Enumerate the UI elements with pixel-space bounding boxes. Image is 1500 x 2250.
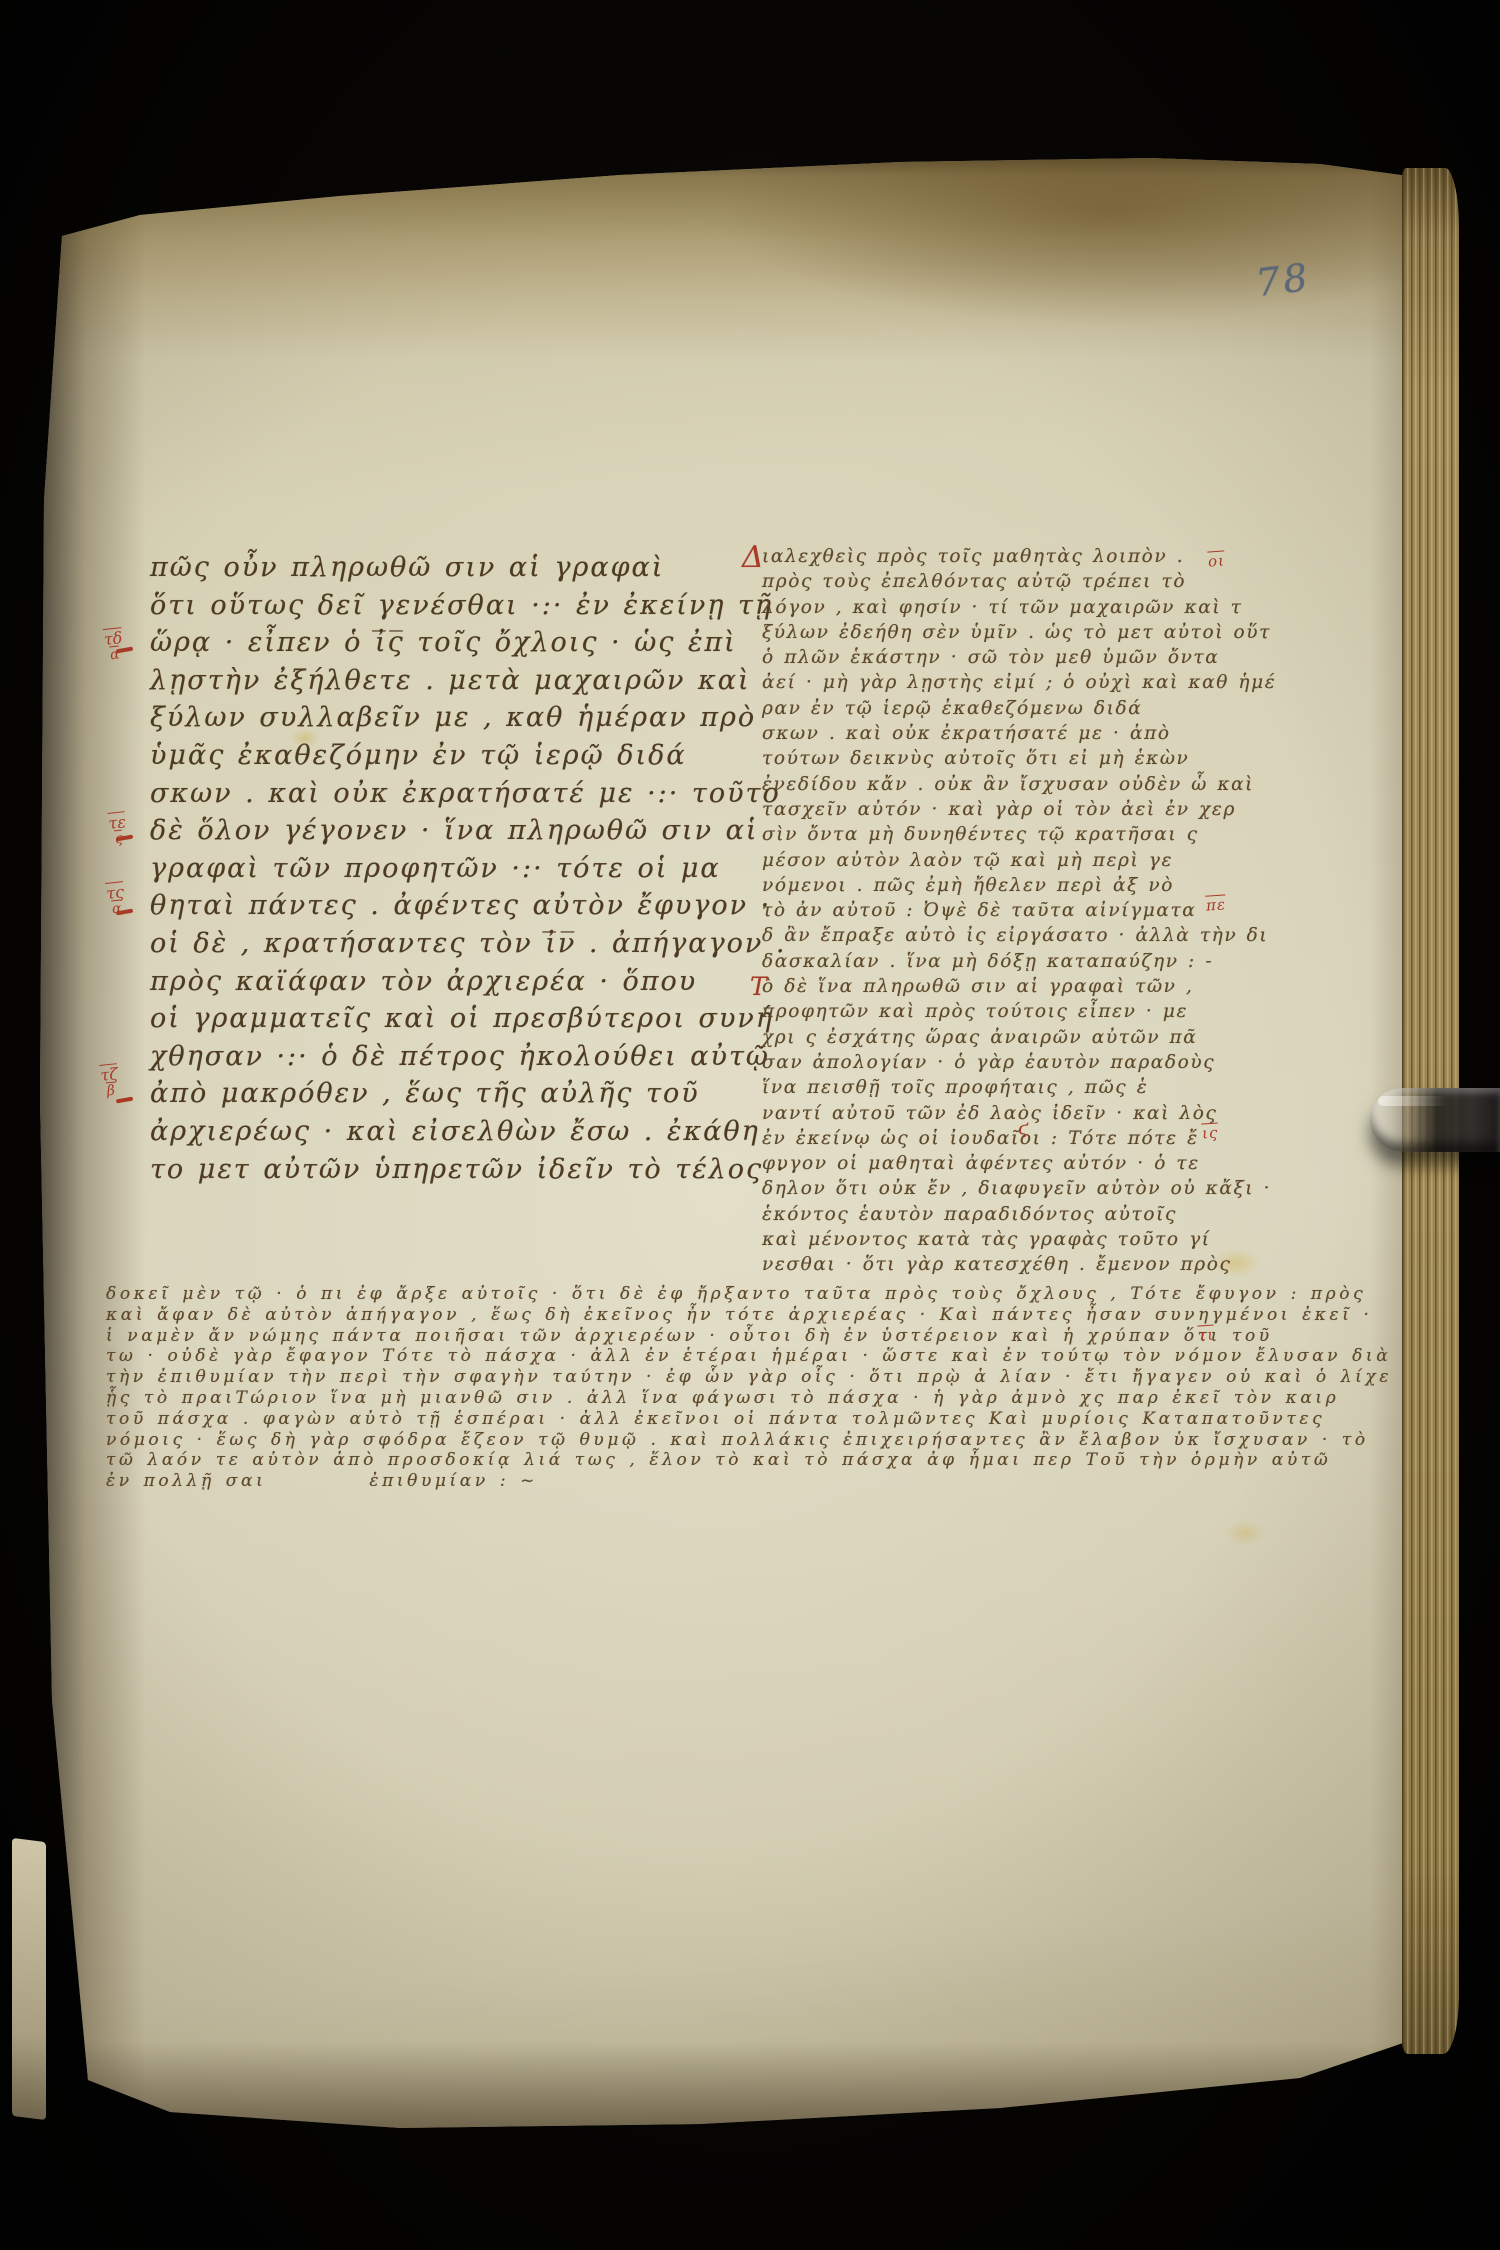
margin-reference-mark: οι [1207, 551, 1225, 570]
manuscript-text-line: ξύλων ἐδεήθη σὲν ὑμῖν . ὡς τὸ μετ αὐτοὶ … [762, 622, 1276, 647]
manuscript-text-line: ἐν πολλῇ σαι ἐπιθυμίαν : ~ [106, 1471, 1392, 1492]
manuscript-text-line: δὲ ὅλον γέγονεν · ἵνα πληρωθῶ σιν αἱ [150, 815, 786, 853]
manuscript-text-line: ὸ δὲ ἵνα πληρωθῶ σιν αἱ γραφαὶ τῶν , [762, 976, 1276, 1001]
parchment-stain [1225, 1520, 1265, 1546]
glass-page-weight [1370, 1088, 1500, 1152]
manuscript-text-line: τῶ λαόν τε αὐτὸν ἀπὸ προσδοκίᾳ λιά τως ,… [106, 1450, 1392, 1471]
manuscript-text-line: το μετ αὐτῶν ὑπηρετῶν ἰδεῖν τὸ τέλος · [150, 1154, 786, 1192]
manuscript-text-line: τοῦ πάσχα . φαγὼν αὐτὸ τῇ ἑσπέραι · ἀλλ … [106, 1409, 1392, 1430]
manuscript-text-line: δοκεῖ μὲν τῷ · ὁ πι ἐφ ἄρξε αὐτοῖς · ὅτι… [106, 1284, 1392, 1305]
manuscript-text-line: οἱ γραμματεῖς καὶ οἱ πρεσβύτεροι συνή [150, 1003, 786, 1041]
manuscript-text-line: θηταὶ πάντες . ἀφέντες αὐτὸν ἔφυγον · [150, 890, 786, 928]
manuscript-text-line: χθησαν ·:· ὁ δὲ πέτρος ἠκολούθει αὐτῷ [150, 1041, 786, 1079]
manuscript-text-line: νόμενοι . πῶς ἐμὴ ἤθελεν περὶ ἀξ νὸ [762, 875, 1276, 900]
manuscript-text-line: γραφαὶ τῶν προφητῶν ·:· τότε οἱ μα [150, 853, 786, 891]
manuscript-text-line: λόγον , καὶ φησίν · τί τῶν μαχαιρῶν καὶ … [762, 597, 1276, 622]
manuscript-text-line: ἑκόντος ἑαυτὸν παραδιδόντος αὐτοῖς [762, 1204, 1276, 1229]
section-number: τδ [103, 629, 123, 648]
rubric-initial: Δ [742, 540, 764, 575]
rubric-initial: Τ [750, 972, 767, 1001]
manuscript-text-line: τὸ ἀν αὐτοῦ : Ὀψὲ δὲ ταῦτα αἰνίγματα [762, 900, 1276, 925]
section-number: τζ [100, 1065, 119, 1084]
section-number: τς [105, 883, 124, 902]
manuscript-text-line: φυγον οἱ μαθηταὶ ἀφέντες αὐτόν · ὁ τε [762, 1153, 1276, 1178]
manuscript-text-line: ὥρᾳ · εἶπεν ὁ ἰ̅ς̅ τοῖς ὄχλοις · ὡς ἐπὶ [150, 627, 786, 665]
manuscript-text-line: ἀπὸ μακρόθεν , ἕως τῆς αὐλῆς τοῦ [150, 1078, 786, 1116]
margin-reference-mark: ις [1201, 1123, 1219, 1142]
manuscript-text-line: πρὸς καϊάφαν τὸν ἀρχιερέα · ὅπου [150, 966, 786, 1004]
manuscript-text-line: ἐνεδίδου κἄν . οὐκ ἂν ἴσχυσαν οὐδὲν ὧ κα… [762, 774, 1276, 799]
eusebian-section-mark: τε ς [98, 812, 137, 850]
manuscript-text-line: ὁ πλῶν ἑκάστην · σῶ τὸν μεθ ὑμῶν ὄντα [762, 647, 1276, 672]
margin-reference-mark: τι [1197, 1325, 1214, 1344]
manuscript-text-line: χρι ς ἐσχάτης ὥρας ἀναιρῶν αὐτῶν πᾶ [762, 1027, 1276, 1052]
manuscript-text-line: νόμοις · ἕως δὴ γὰρ σφόδρα ἔζεον τῷ θυμῷ… [106, 1430, 1392, 1451]
manuscript-text-line: σκων . καὶ οὐκ ἐκρατήσατέ με ·:· τοῦτο [150, 778, 786, 816]
manuscript-text-line: τὴν ἐπιθυμίαν τὴν περὶ τὴν σφαγὴν ταύτην… [106, 1367, 1392, 1388]
manuscript-text-line: οἱ δὲ , κρατήσαντες τὸν ἰ̅ν̅ . ἀπήγαγον … [150, 928, 786, 966]
manuscript-text-line: ραν ἐν τῷ ἱερῷ ἐκαθεζόμενω διδά [762, 698, 1276, 723]
manuscript-text-line: καὶ μένοντος κατὰ τὰς γραφὰς τοῦτο γί [762, 1229, 1276, 1254]
glass-highlight [1378, 1096, 1448, 1106]
rubric-initial: ϛ [1018, 1118, 1028, 1139]
manuscript-text-line: ιαλεχθεὶς πρὸς τοῖς μαθητὰς λοιπὸν . [762, 546, 1276, 571]
manuscript-text-line: τασχεῖν αὐτόν · καὶ γὰρ οἱ τὸν ἀεὶ ἐν χε… [762, 799, 1276, 824]
manuscript-text-line: ὑμᾶς ἐκαθεζόμην ἐν τῷ ἱερῷ διδά [150, 740, 786, 778]
manuscript-text-line: τούτων δεικνὺς αὐτοῖς ὅτι εἰ μὴ ἑκὼν [762, 748, 1276, 773]
underlying-page-edge [12, 1838, 46, 2120]
manuscript-text-line: πρὸς τοὺς ἐπελθόντας αὐτῷ τρέπει τὸ [762, 571, 1276, 596]
manuscript-text-line: τω · οὐδὲ γὰρ ἔφαγον Τότε τὸ πάσχα · ἀλλ… [106, 1346, 1392, 1367]
eusebian-section-mark: τζ β [90, 1064, 129, 1102]
manuscript-text-line: καὶ ἄφαν δὲ αὐτὸν ἀπήγαγον , ἕως δὴ ἐκεῖ… [106, 1305, 1392, 1326]
manuscript-text-line: ᾗς τὸ πραιΤώριον ἵνα μὴ μιανθῶ σιν . ἀλλ… [106, 1388, 1392, 1409]
canon-number: β [106, 1083, 116, 1101]
manuscript-text-line: ὅτι οὕτως δεῖ γενέσθαι ·:· ἐν ἐκείνῃ τῇ [150, 590, 786, 628]
manuscript-text-line: προφητῶν καὶ πρὸς τούτοις εἶπεν · με [762, 1001, 1276, 1026]
manuscript-text-line: ἀεί · μὴ γὰρ λῃστὴς εἰμί ; ὁ οὐχὶ καὶ κα… [762, 672, 1276, 697]
manuscript-text-line: λῃστὴν ἐξήλθετε . μετὰ μαχαιρῶν καὶ [150, 665, 786, 703]
manuscript-text-line: δ ἂν ἔπραξε αὐτὸ ἰς εἰργάσατο · ἀλλὰ τὴν… [762, 925, 1276, 950]
manuscript-text-line: δασκαλίαν . ἵνα μὴ δόξῃ καταπαύζην : - [762, 951, 1276, 976]
manuscript-text-line: πῶς οὖν πληρωθῶ σιν αἱ γραφαὶ [150, 552, 786, 590]
manuscript-text-line: μέσον αὐτὸν λαὸν τῷ καὶ μὴ περὶ γε [762, 850, 1276, 875]
section-number: τε [108, 813, 127, 832]
manuscript-text-line: σκων . καὶ οὐκ ἐκρατήσατέ με · ἀπὸ [762, 723, 1276, 748]
manuscript-text-line: ἵνα πεισθῇ τοῖς προφήταις , πῶς ἑ [762, 1077, 1276, 1102]
manuscript-text-line: σὶν ὄντα μὴ δυνηθέντες τῷ κρατῆσαι ς [762, 824, 1276, 849]
gospel-text-column: πῶς οὖν πληρωθῶ σιν αἱ γραφαὶὅτι οὕτως δ… [150, 552, 786, 1191]
manuscript-text-line: νεσθαι · ὅτι γὰρ κατεσχέθη . ἔμενον πρὸς [762, 1254, 1276, 1279]
manuscript-text-line: ξύλων συλλαβεῖν με , καθ ἡμέραν πρὸ [150, 702, 786, 740]
footer-commentary-block: δοκεῖ μὲν τῷ · ὁ πι ἐφ ἄρξε αὐτοῖς · ὅτι… [106, 1284, 1392, 1492]
manuscript-text-line: ἀρχιερέως · καὶ εἰσελθὼν ἔσω . ἐκάθη [150, 1116, 786, 1154]
margin-reference-mark: πε [1205, 895, 1226, 914]
photo-backdrop: 78 πῶς οὖν πληρωθῶ σιν αἱ γραφαὶὅτι οὕτω… [0, 0, 1500, 2250]
manuscript-text-line: σαν ἀπολογίαν · ὁ γὰρ ἑαυτὸν παραδοὺς [762, 1052, 1276, 1077]
commentary-column: ιαλεχθεὶς πρὸς τοῖς μαθητὰς λοιπὸν .πρὸς… [762, 546, 1276, 1280]
manuscript-text-line: δηλον ὅτι οὐκ ἔν , διαφυγεῖν αὐτὸν οὐ κἄ… [762, 1178, 1276, 1203]
folio-number: 78 [1254, 255, 1313, 305]
